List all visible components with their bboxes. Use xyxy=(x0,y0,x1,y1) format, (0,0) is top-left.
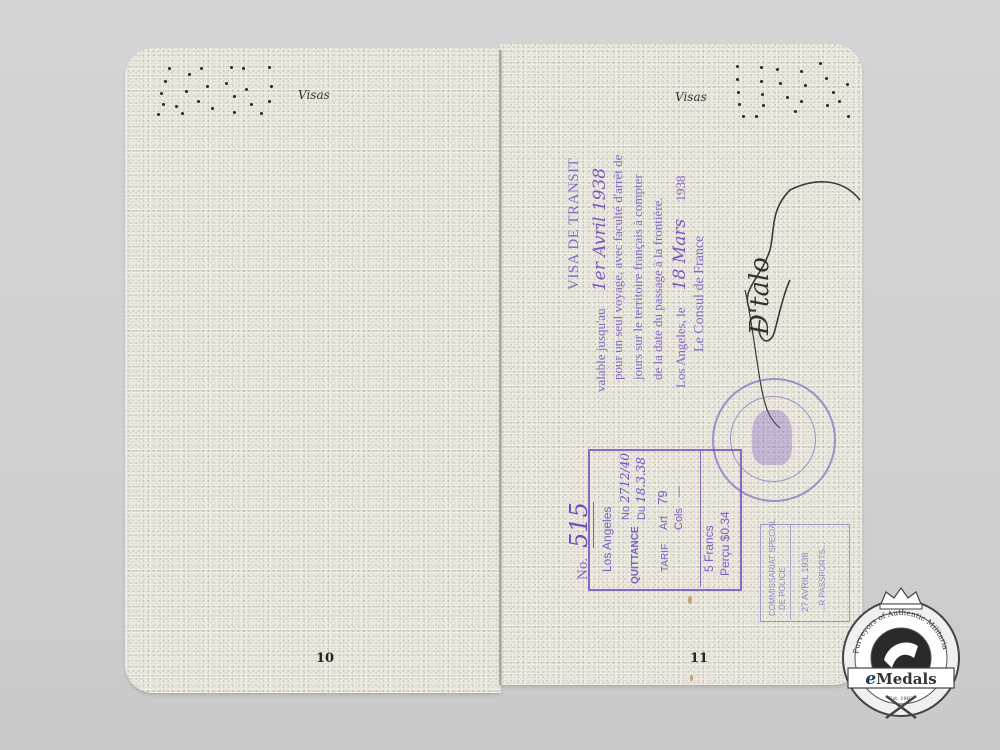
paper-stain xyxy=(690,675,693,681)
perforation-dot xyxy=(157,113,160,116)
fee-art-value: 79 xyxy=(655,490,670,504)
visa-valid-until-label: valable jusqu'au xyxy=(593,308,608,392)
fee-tarif-label: TARIF xyxy=(660,544,671,572)
fee-date-label: Du xyxy=(636,506,648,520)
police-stamp-date: 27 AVRIL 1938 xyxy=(800,552,810,612)
perforation-dot xyxy=(162,103,165,106)
fee-cols-value: — xyxy=(673,486,685,497)
perforation-dot xyxy=(200,67,203,70)
fee-art-label: Art xyxy=(658,516,670,530)
fee-art: Art 79 xyxy=(655,490,670,530)
perforation-dot xyxy=(838,100,841,103)
police-stamp-divider xyxy=(790,524,791,620)
fee-date-value: 18.3.38 xyxy=(634,457,648,503)
perforation-dot xyxy=(847,115,850,118)
perforation-dot xyxy=(819,62,822,65)
perforation-dot xyxy=(779,82,782,85)
perforation-dot xyxy=(188,73,191,76)
perforation-dot xyxy=(762,104,765,107)
perforation-dot xyxy=(738,103,741,106)
logo-brand-text: Medals xyxy=(876,670,937,688)
perforation-dot xyxy=(245,88,248,91)
perforation-dot xyxy=(260,112,263,115)
perforation-dot xyxy=(736,65,739,68)
perforation-dot xyxy=(168,67,171,70)
page-gutter xyxy=(499,50,502,685)
fee-cols: Cols — xyxy=(673,486,685,530)
svg-text:D'talo: D'talo xyxy=(745,257,775,336)
visa-issuer: Le Consul de France xyxy=(692,236,708,352)
perforation-dot xyxy=(737,91,740,94)
page-number-right: 11 xyxy=(690,651,708,666)
perforation-dot xyxy=(206,85,209,88)
perforation-dot xyxy=(800,100,803,103)
fee-amount-dollars: Perçu $0.34 xyxy=(718,511,732,576)
perforation-dot xyxy=(270,85,273,88)
perforation-dot xyxy=(846,83,849,86)
perforation-dot xyxy=(197,100,200,103)
perforation-dot xyxy=(800,70,803,73)
crown-icon xyxy=(881,588,921,604)
perforation-dot xyxy=(736,78,739,81)
visa-place-label: Los Angeles, le xyxy=(673,307,688,388)
page-number-left: 10 xyxy=(316,651,334,666)
perforation-dot xyxy=(760,80,763,83)
perforation-dot xyxy=(225,82,228,85)
perforation-dot xyxy=(242,67,245,70)
fee-cols-label: Cols xyxy=(673,508,685,530)
visa-issue-year: 1938 xyxy=(673,176,688,202)
visa-line-4: de la date du passage à la frontière. xyxy=(650,197,666,380)
visa-valid-until-line: valable jusqu'au 1er Avril 1938 xyxy=(590,168,610,392)
page-header-visas-right: Visas xyxy=(675,90,707,104)
fee-no-value: 2712/40 xyxy=(618,453,632,503)
visa-place-date-line: Los Angeles, le 18 Mars 1938 xyxy=(670,176,690,388)
fee-stamp-quittance-label: QUITTANCE xyxy=(630,526,641,584)
perforation-dot xyxy=(268,66,271,69)
paper-stain xyxy=(688,596,692,604)
fee-no-label: No xyxy=(620,506,632,520)
fee-stamp-no: No 2712/40 xyxy=(618,453,632,520)
perforation-dot xyxy=(826,104,829,107)
police-stamp-line1: COMMISSARIAT SPECIAL xyxy=(768,519,777,616)
police-stamp-line2: DE POLICE xyxy=(778,567,787,610)
perforation-dot xyxy=(250,103,253,106)
seal-emblem-icon xyxy=(752,410,792,465)
perforation-dot xyxy=(164,80,167,83)
perforation-dot xyxy=(268,100,271,103)
perforation-dot xyxy=(776,68,779,71)
perforation-dot xyxy=(175,105,178,108)
visa-valid-until-date: 1er Avril 1938 xyxy=(590,168,610,291)
svg-text:eMedals: eMedals xyxy=(865,669,936,689)
perforation-dot xyxy=(181,112,184,115)
perforation-dot xyxy=(755,115,758,118)
fee-stamp-date: Du 18.3.38 xyxy=(634,457,648,520)
perforation-dot xyxy=(742,115,745,118)
visa-title: VISA DE TRANSIT xyxy=(566,158,583,290)
perforation-dot xyxy=(230,66,233,69)
page-header-visas-left: Visas xyxy=(298,88,330,102)
perforation-dot xyxy=(233,95,236,98)
perforation-dot xyxy=(211,107,214,110)
visa-line-3: jours sur le territoire français à compt… xyxy=(630,174,646,380)
fee-amount-francs: 5 Francs xyxy=(702,525,716,572)
perforation-dot xyxy=(832,91,835,94)
perforation-dot xyxy=(794,110,797,113)
perforation-dot xyxy=(761,93,764,96)
perforation-dot xyxy=(804,84,807,87)
perforation-dot xyxy=(825,77,828,80)
perforation-dot xyxy=(760,66,763,69)
passport-page-left xyxy=(125,48,501,693)
perforation-dot xyxy=(786,96,789,99)
perforation-dot xyxy=(160,92,163,95)
visa-issue-date: 18 Mars xyxy=(670,219,690,290)
perforation-dot xyxy=(185,90,188,93)
emedals-logo: eMedals Est. 1983 Purveyors of Authentic… xyxy=(826,578,976,728)
perforation-dot xyxy=(233,111,236,114)
fee-stamp-city: Los Angeles xyxy=(600,507,614,572)
visa-line-2: pour un seul voyage, avec faculté d'arrê… xyxy=(610,155,626,380)
